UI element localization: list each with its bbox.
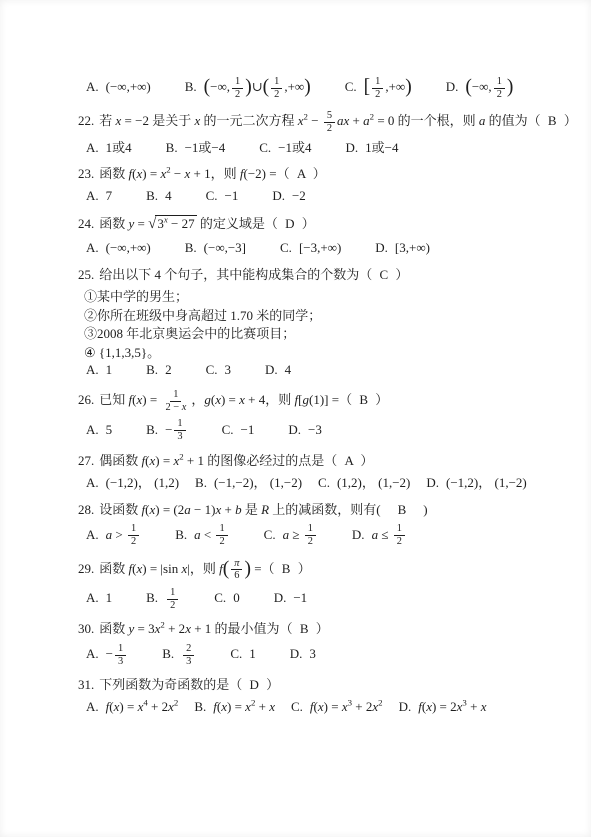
- option-label: A.: [86, 362, 99, 377]
- option-label: B.: [194, 699, 206, 714]
- question-subline: ③2008 年北京奥运会中的比赛项目；: [84, 325, 539, 343]
- question-answer: （ B ）: [528, 113, 579, 128]
- option-content: −2: [292, 188, 306, 203]
- question-block: 23.函数 f(x) = x2 − x + 1，则 f(−2) =（ A ） A…: [78, 166, 539, 205]
- option-label: B.: [185, 79, 197, 94]
- option-label: C.: [206, 188, 218, 203]
- option-label: B.: [146, 590, 158, 605]
- question-block: A.(−∞,+∞)B.(−∞,12)∪(12,+∞)C.[12,+∞)D.(−∞…: [78, 76, 539, 100]
- option-label: B.: [175, 527, 187, 542]
- option-content: 0: [233, 590, 240, 605]
- option-b: B.12: [146, 587, 180, 611]
- question-answer: ( B ): [376, 502, 429, 517]
- option-content: f(x) = 2x3 + x: [418, 699, 486, 714]
- question-text: 下列函数为奇函数的是: [99, 677, 229, 692]
- option-a: A.7: [86, 188, 112, 205]
- option-c: C.−1: [206, 188, 239, 205]
- option-content: a > 12: [106, 527, 142, 542]
- option-a: A.1: [86, 362, 112, 379]
- question-number: 24.: [78, 216, 94, 231]
- option-label: C.: [230, 646, 242, 661]
- option-b: B.(−1,−2)， (1,−2): [195, 475, 302, 492]
- option-label: B.: [162, 646, 174, 661]
- option-label: C.: [280, 240, 292, 255]
- question-answer: （ A ）: [324, 453, 375, 468]
- option-label: A.: [86, 527, 99, 542]
- option-content: −1或4: [278, 140, 311, 155]
- options-row: A.−13B.23C.1D.3: [78, 643, 539, 667]
- option-label: D.: [375, 240, 388, 255]
- option-label: B.: [146, 362, 158, 377]
- question-stem: 23.函数 f(x) = x2 − x + 1，则 f(−2) =（ A ）: [78, 166, 539, 183]
- question-stem: 29.函数 f(x) = |sin x|，则 f(π6) =（ B ）: [78, 558, 539, 582]
- option-c: C.[−3,+∞): [280, 240, 341, 257]
- question-block: 26.已知 f(x) = 12 − x，g(x) = x + 4，则 f[g(1…: [78, 389, 539, 443]
- option-label: A.: [86, 79, 99, 94]
- option-content: [3,+∞): [395, 240, 430, 255]
- option-label: D.: [288, 422, 301, 437]
- option-content: 1或−4: [365, 140, 398, 155]
- option-label: D.: [265, 362, 278, 377]
- option-a: A.(−∞,+∞): [86, 79, 151, 96]
- option-content: a ≤ 12: [372, 527, 407, 542]
- question-text: 函数 y = 3x2 + 2x + 1 的最小值为: [99, 621, 279, 636]
- options-row: A.1或4B.−1或−4C.−1或4D.1或−4: [78, 140, 539, 157]
- option-label: D.: [290, 646, 303, 661]
- option-a: A.1: [86, 590, 112, 607]
- question-stem: 31.下列函数为奇函数的是（ D ）: [78, 677, 539, 694]
- option-d: D.4: [265, 362, 291, 379]
- option-label: C.: [345, 79, 357, 94]
- option-content: [−3,+∞): [299, 240, 341, 255]
- option-label: D.: [399, 699, 412, 714]
- option-label: C.: [291, 699, 303, 714]
- question-stem: 30.函数 y = 3x2 + 2x + 1 的最小值为（ B ）: [78, 621, 539, 638]
- option-label: B.: [195, 475, 207, 490]
- option-b: B.23: [162, 643, 196, 667]
- question-number: 26.: [78, 392, 94, 407]
- question-text: 函数 f(x) = x2 − x + 1，则 f(−2) =: [99, 166, 276, 181]
- question-answer: （ A ）: [277, 166, 328, 181]
- option-label: C.: [214, 590, 226, 605]
- option-label: B.: [146, 188, 158, 203]
- question-block: 25.给出以下 4 个句子，其中能构成集合的个数为（ C ） ①某中学的男生；②…: [78, 267, 539, 380]
- options-row: A.(−∞,+∞)B.(−∞,12)∪(12,+∞)C.[12,+∞)D.(−∞…: [78, 76, 539, 100]
- option-content: 4: [285, 362, 292, 377]
- question-block: 22.若 x = −2 是关于 x 的一元二次方程 x2 − 52ax + a2…: [78, 110, 539, 156]
- option-label: C.: [259, 140, 271, 155]
- question-stem: 27.偶函数 f(x) = x2 + 1 的图像必经过的点是（ A ）: [78, 453, 539, 470]
- option-b: B.−1或−4: [166, 140, 226, 157]
- option-content: 1: [106, 590, 113, 605]
- option-content: 5: [106, 422, 113, 437]
- option-content: 12: [165, 590, 180, 605]
- option-label: A.: [86, 699, 99, 714]
- option-content: a ≥ 12: [283, 527, 318, 542]
- option-content: −1或−4: [185, 140, 226, 155]
- option-content: (−∞,12): [465, 79, 513, 94]
- options-row: A.1B.12C.0D.−1: [78, 587, 539, 611]
- option-content: [12,+∞): [364, 79, 412, 94]
- option-d: D.f(x) = 2x3 + x: [399, 699, 487, 716]
- question-text: 函数 y = √3x − 27 的定义域是: [99, 216, 265, 231]
- options-row: A.(−∞,+∞)B.(−∞,−3]C.[−3,+∞)D.[3,+∞): [78, 240, 539, 257]
- question-block: 30.函数 y = 3x2 + 2x + 1 的最小值为（ B ） A.−13B…: [78, 621, 539, 667]
- option-label: C.: [206, 362, 218, 377]
- option-d: D.−2: [272, 188, 305, 205]
- option-label: D.: [272, 188, 285, 203]
- option-c: C.−1或4: [259, 140, 311, 157]
- option-label: A.: [86, 590, 99, 605]
- option-content: −3: [308, 422, 322, 437]
- option-a: A.−13: [86, 643, 128, 667]
- option-a: A.(−1,2)， (1,2): [86, 475, 179, 492]
- option-content: 1: [249, 646, 256, 661]
- option-content: −13: [165, 422, 188, 437]
- option-b: B.f(x) = x2 + x: [194, 699, 275, 716]
- option-content: f(x) = x3 + 2x2: [310, 699, 383, 714]
- question-text: 给出以下 4 个句子，其中能构成集合的个数为: [99, 267, 359, 282]
- option-d: D.(−∞,12): [446, 76, 514, 100]
- question-number: 31.: [78, 677, 94, 692]
- question-number: 30.: [78, 621, 94, 636]
- option-content: −1: [224, 188, 238, 203]
- option-b: B.2: [146, 362, 171, 379]
- option-content: 7: [106, 188, 113, 203]
- option-label: A.: [86, 240, 99, 255]
- option-content: a < 12: [194, 527, 230, 542]
- question-answer: （ C ）: [359, 267, 410, 282]
- option-b: B.4: [146, 188, 171, 205]
- option-c: C.a ≥ 12: [264, 523, 318, 547]
- question-subline: ②你所在班级中身高超过 1.70 米的同学；: [84, 307, 539, 325]
- question-block: 27.偶函数 f(x) = x2 + 1 的图像必经过的点是（ A ） A.(−…: [78, 453, 539, 492]
- option-content: (−1,2)， (1,−2): [446, 475, 527, 490]
- option-c: C.0: [214, 590, 239, 607]
- question-answer: （ D ）: [265, 216, 317, 231]
- question-number: 28.: [78, 502, 94, 517]
- options-row: A.f(x) = x4 + 2x2B.f(x) = x2 + xC.f(x) =…: [78, 699, 539, 716]
- options-row: A.a > 12B.a < 12C.a ≥ 12D.a ≤ 12: [78, 523, 539, 547]
- question-subline: ①某中学的男生；: [84, 288, 539, 306]
- option-label: B.: [166, 140, 178, 155]
- question-number: 29.: [78, 561, 94, 576]
- option-content: 3: [224, 362, 231, 377]
- option-a: A.a > 12: [86, 523, 141, 547]
- option-c: C.−1: [222, 422, 255, 439]
- option-content: (1,2)， (1,−2): [337, 475, 410, 490]
- option-c: C.f(x) = x3 + 2x2: [291, 699, 383, 716]
- option-label: A.: [86, 140, 99, 155]
- question-sublines: ①某中学的男生；②你所在班级中身高超过 1.70 米的同学；③2008 年北京奥…: [78, 288, 539, 362]
- option-b: B.a < 12: [175, 523, 229, 547]
- options-row: A.(−1,2)， (1,2)B.(−1,−2)， (1,−2)C.(1,2)，…: [78, 475, 539, 492]
- option-c: C.1: [230, 646, 255, 663]
- option-content: (−∞,+∞): [106, 79, 151, 94]
- question-text: 函数 f(x) = |sin x|，则 f(π6) =: [99, 561, 261, 576]
- question-block: 28.设函数 f(x) = (2a − 1)x + b 是 R 上的减函数，则有…: [78, 502, 539, 548]
- question-number: 27.: [78, 453, 94, 468]
- option-content: f(x) = x4 + 2x2: [106, 699, 179, 714]
- option-d: D.(−1,2)， (1,−2): [426, 475, 526, 492]
- option-content: (−∞,+∞): [106, 240, 151, 255]
- option-a: A.(−∞,+∞): [86, 240, 151, 257]
- option-c: C.(1,2)， (1,−2): [318, 475, 410, 492]
- option-content: 2: [165, 362, 172, 377]
- option-d: D.−3: [288, 422, 321, 439]
- option-b: B.(−∞,−3]: [185, 240, 246, 257]
- options-row: A.5B.−13C.−1D.−3: [78, 418, 539, 442]
- question-text: 设函数 f(x) = (2a − 1)x + b 是 R 上的减函数，则有: [99, 502, 376, 517]
- option-content: 4: [165, 188, 172, 203]
- question-stem: 24.函数 y = √3x − 27 的定义域是（ D ）: [78, 215, 539, 234]
- option-content: 23: [181, 646, 196, 661]
- question-text: 已知 f(x) = 12 − x，g(x) = x + 4，则 f[g(1)] …: [99, 392, 339, 407]
- question-answer: （ B ）: [339, 392, 390, 407]
- option-d: D.−1: [274, 590, 307, 607]
- option-a: A.5: [86, 422, 112, 439]
- option-b: B.−13: [146, 418, 187, 442]
- option-content: (−∞,12)∪(12,+∞): [204, 79, 311, 94]
- question-subline: ④ {1,1,3,5}。: [84, 344, 539, 362]
- option-label: D.: [352, 527, 365, 542]
- option-content: (−1,2)， (1,2): [106, 475, 179, 490]
- option-label: D.: [346, 140, 359, 155]
- option-label: D.: [274, 590, 287, 605]
- option-d: D.3: [290, 646, 316, 663]
- option-c: C.3: [206, 362, 231, 379]
- option-d: D.1或−4: [346, 140, 399, 157]
- option-content: −1: [293, 590, 307, 605]
- question-answer: （ D ）: [229, 677, 281, 692]
- question-stem: 26.已知 f(x) = 12 − x，g(x) = x + 4，则 f[g(1…: [78, 389, 539, 413]
- option-label: B.: [146, 422, 158, 437]
- question-block: 24.函数 y = √3x − 27 的定义域是（ D ） A.(−∞,+∞)B…: [78, 215, 539, 256]
- options-row: A.1B.2C.3D.4: [78, 362, 539, 379]
- option-label: A.: [86, 188, 99, 203]
- question-number: 25.: [78, 267, 94, 282]
- option-b: B.(−∞,12)∪(12,+∞): [185, 76, 311, 100]
- question-block: 31.下列函数为奇函数的是（ D ） A.f(x) = x4 + 2x2B.f(…: [78, 677, 539, 716]
- option-a: A.f(x) = x4 + 2x2: [86, 699, 178, 716]
- option-label: C.: [318, 475, 330, 490]
- option-label: D.: [426, 475, 439, 490]
- option-content: 3: [309, 646, 316, 661]
- option-content: (−∞,−3]: [204, 240, 246, 255]
- question-stem: 28.设函数 f(x) = (2a − 1)x + b 是 R 上的减函数，则有…: [78, 502, 539, 519]
- option-label: D.: [446, 79, 459, 94]
- option-a: A.1或4: [86, 140, 132, 157]
- question-block: 29.函数 f(x) = |sin x|，则 f(π6) =（ B ） A.1B…: [78, 558, 539, 612]
- question-stem: 25.给出以下 4 个句子，其中能构成集合的个数为（ C ）: [78, 267, 539, 284]
- option-label: C.: [264, 527, 276, 542]
- option-label: C.: [222, 422, 234, 437]
- option-d: D.[3,+∞): [375, 240, 430, 257]
- question-number: 23.: [78, 166, 94, 181]
- option-content: 1或4: [106, 140, 132, 155]
- option-content: f(x) = x2 + x: [213, 699, 275, 714]
- exam-document-page: A.(−∞,+∞)B.(−∞,12)∪(12,+∞)C.[12,+∞)D.(−∞…: [0, 0, 591, 837]
- question-answer: （ B ）: [280, 621, 331, 636]
- options-row: A.7B.4C.−1D.−2: [78, 188, 539, 205]
- question-text: 若 x = −2 是关于 x 的一元二次方程 x2 − 52ax + a2 = …: [99, 113, 527, 128]
- question-number: 22.: [78, 113, 94, 128]
- option-label: A.: [86, 646, 99, 661]
- option-label: A.: [86, 422, 99, 437]
- question-answer: （ B ）: [262, 561, 313, 576]
- option-content: (−1,−2)， (1,−2): [214, 475, 302, 490]
- option-content: 1: [106, 362, 113, 377]
- questions-list: A.(−∞,+∞)B.(−∞,12)∪(12,+∞)C.[12,+∞)D.(−∞…: [78, 76, 539, 716]
- question-stem: 22.若 x = −2 是关于 x 的一元二次方程 x2 − 52ax + a2…: [78, 110, 539, 134]
- option-label: A.: [86, 475, 99, 490]
- option-content: −1: [241, 422, 255, 437]
- option-content: −13: [106, 646, 129, 661]
- option-c: C.[12,+∞): [345, 76, 412, 100]
- question-text: 偶函数 f(x) = x2 + 1 的图像必经过的点是: [99, 453, 324, 468]
- option-label: B.: [185, 240, 197, 255]
- option-d: D.a ≤ 12: [352, 523, 407, 547]
